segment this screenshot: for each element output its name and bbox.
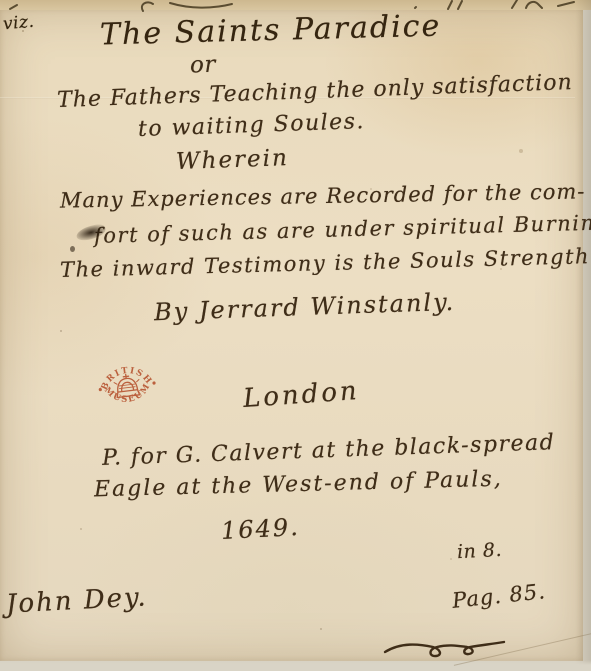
previous-page-edge (0, 0, 591, 10)
pen-flourish-icon (383, 636, 509, 660)
margin-note: viz. (2, 12, 35, 35)
cut-off-strokes-icon (0, 0, 591, 12)
imprint-year: 1649. (220, 513, 300, 545)
page-right-edge (575, 0, 591, 671)
wherein-line: Wherein (176, 145, 290, 175)
manuscript-scan: viz. The Saints Paradice or The Fathers … (0, 0, 591, 671)
british-museum-stamp-icon: BRITISH MUSEUM (88, 348, 166, 422)
ink-blot-dot (70, 246, 75, 252)
page-bottom-edge (0, 660, 591, 671)
title-or-line: or (190, 52, 217, 79)
format-note: in 8. (456, 539, 502, 563)
